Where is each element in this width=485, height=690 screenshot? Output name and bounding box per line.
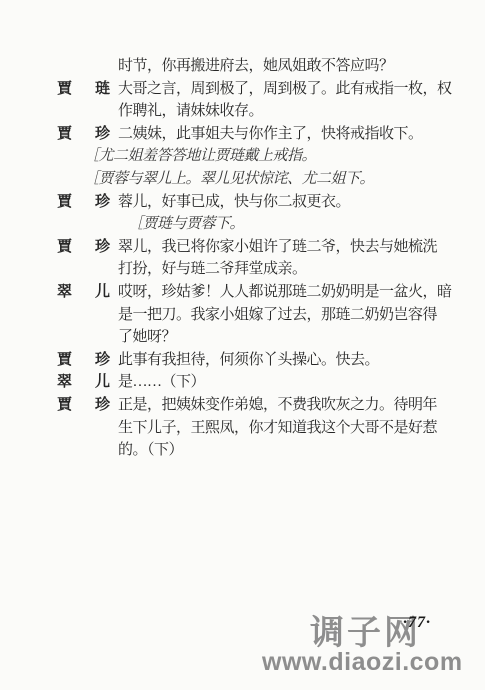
stage-direction: ［尤二姐羞答答地让贾琏戴上戒指。 xyxy=(0,145,485,168)
script-line: 賈珍 正是，把姨妹变作弟媳，不费我吹灰之力。待明年 xyxy=(0,394,485,417)
dialogue-text: 蓉儿，好事已成，快与你二叔更衣。 xyxy=(118,191,350,214)
speaker-name: 賈琏 xyxy=(57,78,110,101)
watermark-site-url: www.diaozi.com xyxy=(262,648,463,677)
dialogue-text: 时节，你再搬进府去，她凤姐敢不答应吗？ xyxy=(118,58,394,74)
page-number: ·77· xyxy=(403,614,431,632)
dialogue-text: 的。（下） xyxy=(118,442,183,458)
script-line: 生下儿子，王熙凤，你才知道我这个大哥不是好惹 xyxy=(0,417,485,440)
dialogue-text: 二姨妹，此事姐夫与你作主了，快将戒指收下。 xyxy=(118,123,423,146)
dialogue-text: 是……（下） xyxy=(118,371,205,394)
speaker-name: 賈珍 xyxy=(57,349,110,372)
speaker-name: 賈珍 xyxy=(57,236,110,259)
script-line: 作聘礼，请妹妹收存。 xyxy=(0,100,485,123)
dialogue-text: 作聘礼，请妹妹收存。 xyxy=(118,103,263,119)
script-line: 时节，你再搬进府去，她凤姐敢不答应吗？ xyxy=(0,55,485,78)
script-line: 賈珍 翠儿，我已将你家小姐许了琏二爷，快去与她梳洗 xyxy=(0,236,485,259)
dialogue-text: 了她呀？ xyxy=(118,329,176,345)
stage-direction-text: ［贾蓉与翠儿上。翠儿见状惊诧、尤二姐下。 xyxy=(84,171,374,187)
script-line: 是一把刀。我家小姐嫁了过去，那琏二奶奶岂容得 xyxy=(0,304,485,327)
dialogue-text: 是一把刀。我家小姐嫁了过去，那琏二奶奶岂容得 xyxy=(118,307,437,323)
script-line: 打扮，好与琏二爷拜堂成亲。 xyxy=(0,258,485,281)
dialogue-text: 打扮，好与琏二爷拜堂成亲。 xyxy=(118,261,307,277)
dialogue-text: 此事有我担待，何须你丫头操心。快去。 xyxy=(118,349,379,372)
script-line: 了她呀？ xyxy=(0,326,485,349)
script-line: 賈珍 二姨妹，此事姐夫与你作主了，快将戒指收下。 xyxy=(0,123,485,146)
dialogue-text: 正是，把姨妹变作弟媳，不费我吹灰之力。待明年 xyxy=(118,394,437,417)
script-line: 翠儿 是……（下） xyxy=(0,371,485,394)
dialogue-text: 哎呀，珍姑爹！人人都说那琏二奶奶明是一盆火，暗 xyxy=(118,281,452,304)
speaker-name: 翠儿 xyxy=(57,281,110,304)
dialogue-text: 大哥之言，周到极了，周到极了。此有戒指一枚，权 xyxy=(118,78,452,101)
script-line: 賈珍 蓉儿，好事已成，快与你二叔更衣。 xyxy=(0,191,485,214)
speaker-name: 賈珍 xyxy=(57,191,110,214)
script-text-block: 时节，你再搬进府去，她凤姐敢不答应吗？ 賈琏 大哥之言，周到极了，周到极了。此有… xyxy=(0,55,485,462)
script-line: 賈琏 大哥之言，周到极了，周到极了。此有戒指一枚，权 xyxy=(0,78,485,101)
speaker-name: 賈珍 xyxy=(57,123,110,146)
speaker-name: 賈珍 xyxy=(57,394,110,417)
stage-direction-text: ［贾琏与贾蓉下。 xyxy=(128,216,244,232)
dialogue-text: 翠儿，我已将你家小姐许了琏二爷，快去与她梳洗 xyxy=(118,236,437,259)
script-line: 翠儿 哎呀，珍姑爹！人人都说那琏二奶奶明是一盆火，暗 xyxy=(0,281,485,304)
script-line: 賈珍 此事有我担待，何须你丫头操心。快去。 xyxy=(0,349,485,372)
script-line: 的。（下） xyxy=(0,439,485,462)
speaker-name: 翠儿 xyxy=(57,371,110,394)
stage-direction-text: ［尤二姐羞答答地让贾琏戴上戒指。 xyxy=(84,148,316,164)
stage-direction: ［贾琏与贾蓉下。 xyxy=(0,213,485,236)
book-page: 时节，你再搬进府去，她凤姐敢不答应吗？ 賈琏 大哥之言，周到极了，周到极了。此有… xyxy=(0,0,485,690)
dialogue-text: 生下儿子，王熙凤，你才知道我这个大哥不是好惹 xyxy=(118,420,437,436)
stage-direction: ［贾蓉与翠儿上。翠儿见状惊诧、尤二姐下。 xyxy=(0,168,485,191)
